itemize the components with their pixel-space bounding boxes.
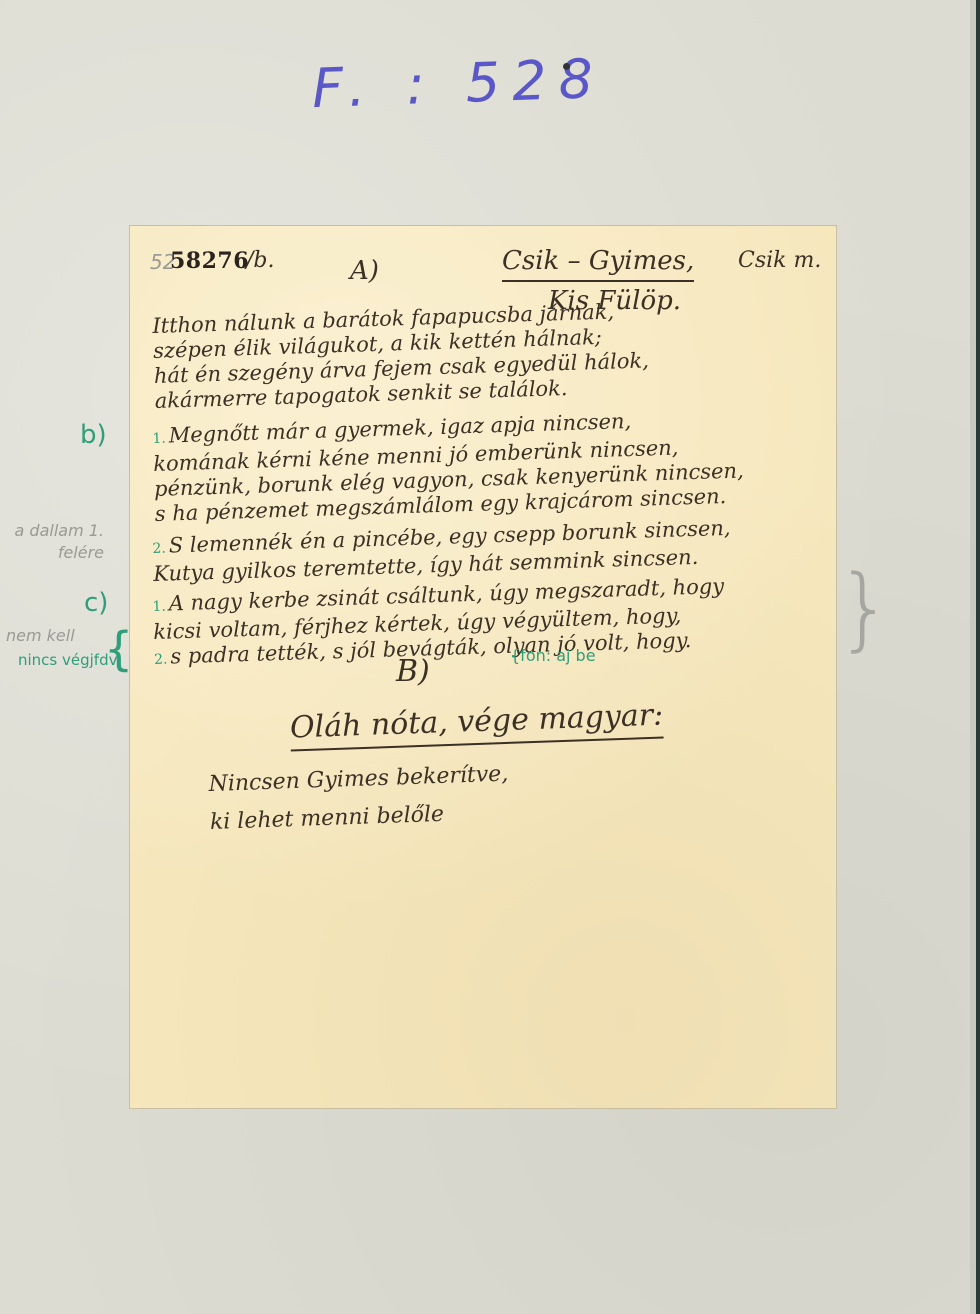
section-b-label: B) — [396, 654, 430, 689]
catalog-suffix: /b. — [246, 248, 275, 273]
county-label: Csik m. — [738, 248, 821, 273]
location-heading: Csik – Gyimes, — [502, 246, 694, 282]
stanza-number: 2. — [152, 541, 166, 557]
pencil-brace-mark: } — [836, 556, 893, 661]
tune-title: Oláh nóta, vége magyar: — [289, 697, 664, 751]
stanza-1: Itthon nálunk a barátok fapapucsba járna… — [152, 298, 650, 414]
margin-label-c: c) — [84, 588, 108, 618]
stanza-number: 2. — [154, 652, 168, 668]
tune-annotation: {fon: aj be — [510, 646, 596, 665]
margin-label-b: b) — [80, 420, 107, 450]
stanza-number: 1. — [152, 599, 166, 615]
scan-border — [976, 0, 980, 1314]
tail-verse: Nincsen Gyimes bekerítve, ki lehet menni… — [208, 756, 510, 842]
stanza-2: 1.Megnőtt már a gyermek, igaz apja nincs… — [152, 405, 745, 526]
margin-pencil-note-2: nem kell — [6, 626, 75, 645]
section-a-label: A) — [350, 256, 379, 286]
stanza-number: 1. — [152, 431, 166, 447]
margin-pencil-note: a dallam 1. felére — [4, 520, 104, 564]
stanza-4: 1.A nagy kerbe zsinát csáltunk, úgy megs… — [152, 574, 726, 673]
catalog-number: 58276 — [170, 248, 249, 274]
archive-dot — [563, 63, 570, 70]
archive-number: F. : 528 — [311, 47, 606, 120]
brace-mark: { — [104, 622, 133, 676]
manuscript-sheet: 52 58276 /b. A) Csik – Gyimes, Csik m. K… — [130, 226, 836, 1108]
